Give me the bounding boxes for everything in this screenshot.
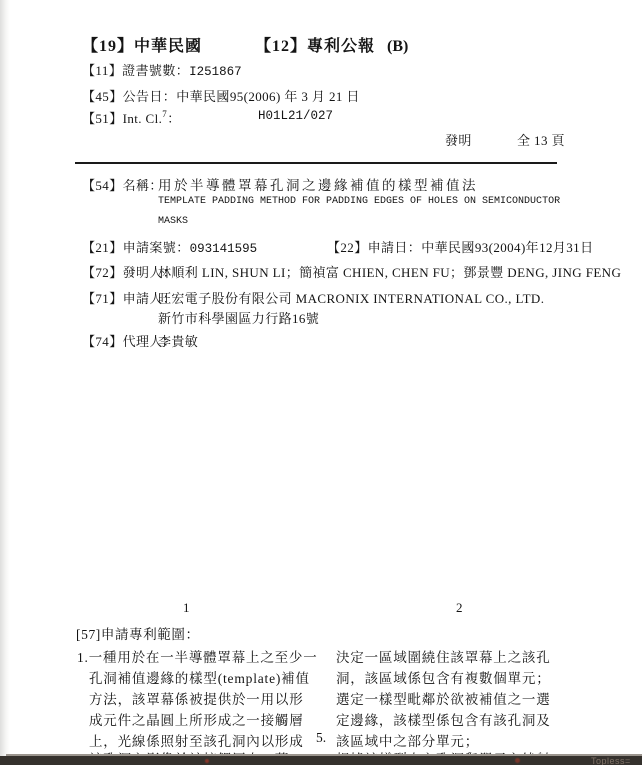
column-page-number-2: 2 bbox=[456, 600, 463, 616]
field-tag-72: 【72】 bbox=[82, 265, 123, 280]
application-date-label: 申請日： bbox=[368, 240, 422, 255]
agent-row: 【74】代理人：李貴敏 bbox=[82, 331, 198, 350]
publication-date-row: 【45】公告日：中華民國95(2006) 年 3 月 21 日 bbox=[82, 86, 360, 105]
invention-title-en-line1: TEMPLATE PADDING METHOD FOR PADDING EDGE… bbox=[158, 196, 560, 207]
agent-tag-label: 【74】代理人： bbox=[82, 331, 158, 350]
claim-line: 洞，該區域係包含有複數個單元； bbox=[336, 667, 551, 687]
field-tag-11: 【11】 bbox=[82, 63, 122, 78]
certificate-number-row: 【11】證書號數：I251867 bbox=[82, 60, 242, 79]
claim-line: 孔洞補值邊緣的樣型(template)補值 bbox=[89, 667, 310, 687]
field-tag-54: 【54】 bbox=[82, 178, 123, 193]
claim-text: 一種用於在一半導體罩幕上之至少一 bbox=[89, 650, 318, 665]
publication-date-label: 公告日： bbox=[123, 89, 177, 104]
field-tag-51: 【51】 bbox=[82, 111, 123, 126]
applicant-row: 【71】申請人：旺宏電子股份有限公司 MACRONIX INTERNATIONA… bbox=[82, 288, 544, 307]
country-line: 【19】中華民國 bbox=[82, 33, 202, 56]
column-page-number-1: 1 bbox=[183, 600, 190, 616]
patent-gazette-page: 【19】中華民國 【12】專利公報(B) 【11】證書號數：I251867 【4… bbox=[0, 0, 642, 765]
invention-title-en-line2: MASKS bbox=[158, 216, 188, 227]
page-edge-shadow bbox=[0, 0, 10, 765]
claim-line: 成元件之晶圓上所形成之一接觸層 bbox=[89, 709, 304, 729]
red-smudge-mark bbox=[205, 759, 209, 763]
publication-date-value: 中華民國95(2006) 年 3 月 21 日 bbox=[176, 89, 360, 104]
applicant-value: 旺宏電子股份有限公司 MACRONIX INTERNATIONAL CO., L… bbox=[158, 291, 544, 306]
certificate-number-value: I251867 bbox=[189, 65, 242, 79]
claim-line: 上，光線係照射至該孔洞內以形成 bbox=[89, 730, 304, 750]
gazette-kind-code: (B) bbox=[387, 38, 408, 55]
invention-title-zh: 用於半導體罩幕孔洞之邊緣補值的樣型補值法 bbox=[158, 178, 478, 193]
int-cl-value: H01L21/027 bbox=[258, 109, 333, 123]
applicant-address: 新竹市科學園區力行路16號 bbox=[158, 308, 319, 327]
claim-number: 1. bbox=[77, 650, 89, 665]
claims-line-number-marker: 5. bbox=[316, 730, 326, 746]
field-tag-71: 【71】 bbox=[82, 291, 123, 306]
int-cl-colon: ： bbox=[167, 111, 180, 126]
total-pages-label: 全 13 頁 bbox=[517, 130, 565, 149]
int-cl-row: 【51】Int. Cl.7： bbox=[82, 108, 181, 127]
field-tag-19: 【19】 bbox=[82, 38, 134, 55]
application-date-row: 【22】申請日：中華民國93(2004)年12月31日 bbox=[327, 237, 593, 256]
gazette-line: 【12】專利公報(B) bbox=[255, 33, 408, 56]
field-tag-45: 【45】 bbox=[82, 89, 123, 104]
claims-section-heading: [57]申請專利範圍： bbox=[76, 623, 200, 643]
claim-line: 方法，該罩幕係被提供於一用以形 bbox=[89, 688, 304, 708]
field-tag-12: 【12】 bbox=[255, 38, 307, 55]
country-name: 中華民國 bbox=[134, 38, 202, 55]
title-tag-label: 【54】名稱： bbox=[82, 175, 158, 194]
field-tag-74: 【74】 bbox=[82, 334, 123, 349]
field-tag-21: 【21】 bbox=[82, 240, 123, 255]
screenshot-bottom-band: Topless= bbox=[0, 756, 642, 765]
claim-line: 1.一種用於在一半導體罩幕上之至少一 bbox=[77, 646, 318, 666]
claim-line: 定邊緣，該樣型係包含有該孔洞及 bbox=[336, 709, 551, 729]
title-row: 【54】名稱：用於半導體罩幕孔洞之邊緣補值的樣型補值法 bbox=[82, 174, 478, 194]
claim-line: 選定一樣型毗鄰於欲被補值之一選 bbox=[336, 688, 551, 708]
int-cl-label: Int. Cl. bbox=[123, 111, 163, 126]
claim-line: 該區域中之部分單元； bbox=[336, 730, 479, 750]
inventors-row: 【72】發明人：林順利 LIN, SHUN LI；簡禎富 CHIEN, CHEN… bbox=[82, 262, 621, 281]
field-tag-22: 【22】 bbox=[327, 240, 368, 255]
header-divider-rule bbox=[75, 162, 557, 164]
inventors-tag-label: 【72】發明人： bbox=[82, 262, 158, 281]
claim-line: 決定一區域圍繞住該罩幕上之該孔 bbox=[336, 646, 551, 666]
application-number-value: 093141595 bbox=[190, 242, 258, 256]
gazette-name: 專利公報 bbox=[307, 38, 375, 55]
agent-value: 李貴敏 bbox=[158, 334, 198, 349]
certificate-number-label: 證書號數： bbox=[122, 63, 189, 78]
red-smudge-mark bbox=[515, 758, 520, 763]
application-number-row: 【21】申請案號：093141595 bbox=[82, 237, 257, 256]
patent-kind-label: 發明 bbox=[445, 130, 472, 149]
inventors-value: 林順利 LIN, SHUN LI；簡禎富 CHIEN, CHEN FU；鄧景豐 … bbox=[158, 265, 621, 280]
watermark-text: Topless= bbox=[591, 756, 631, 765]
title-label: 名稱： bbox=[123, 178, 163, 193]
applicant-tag-label: 【71】申請人： bbox=[82, 288, 158, 307]
application-number-label: 申請案號： bbox=[123, 240, 190, 255]
application-date-value: 中華民國93(2004)年12月31日 bbox=[421, 240, 593, 255]
